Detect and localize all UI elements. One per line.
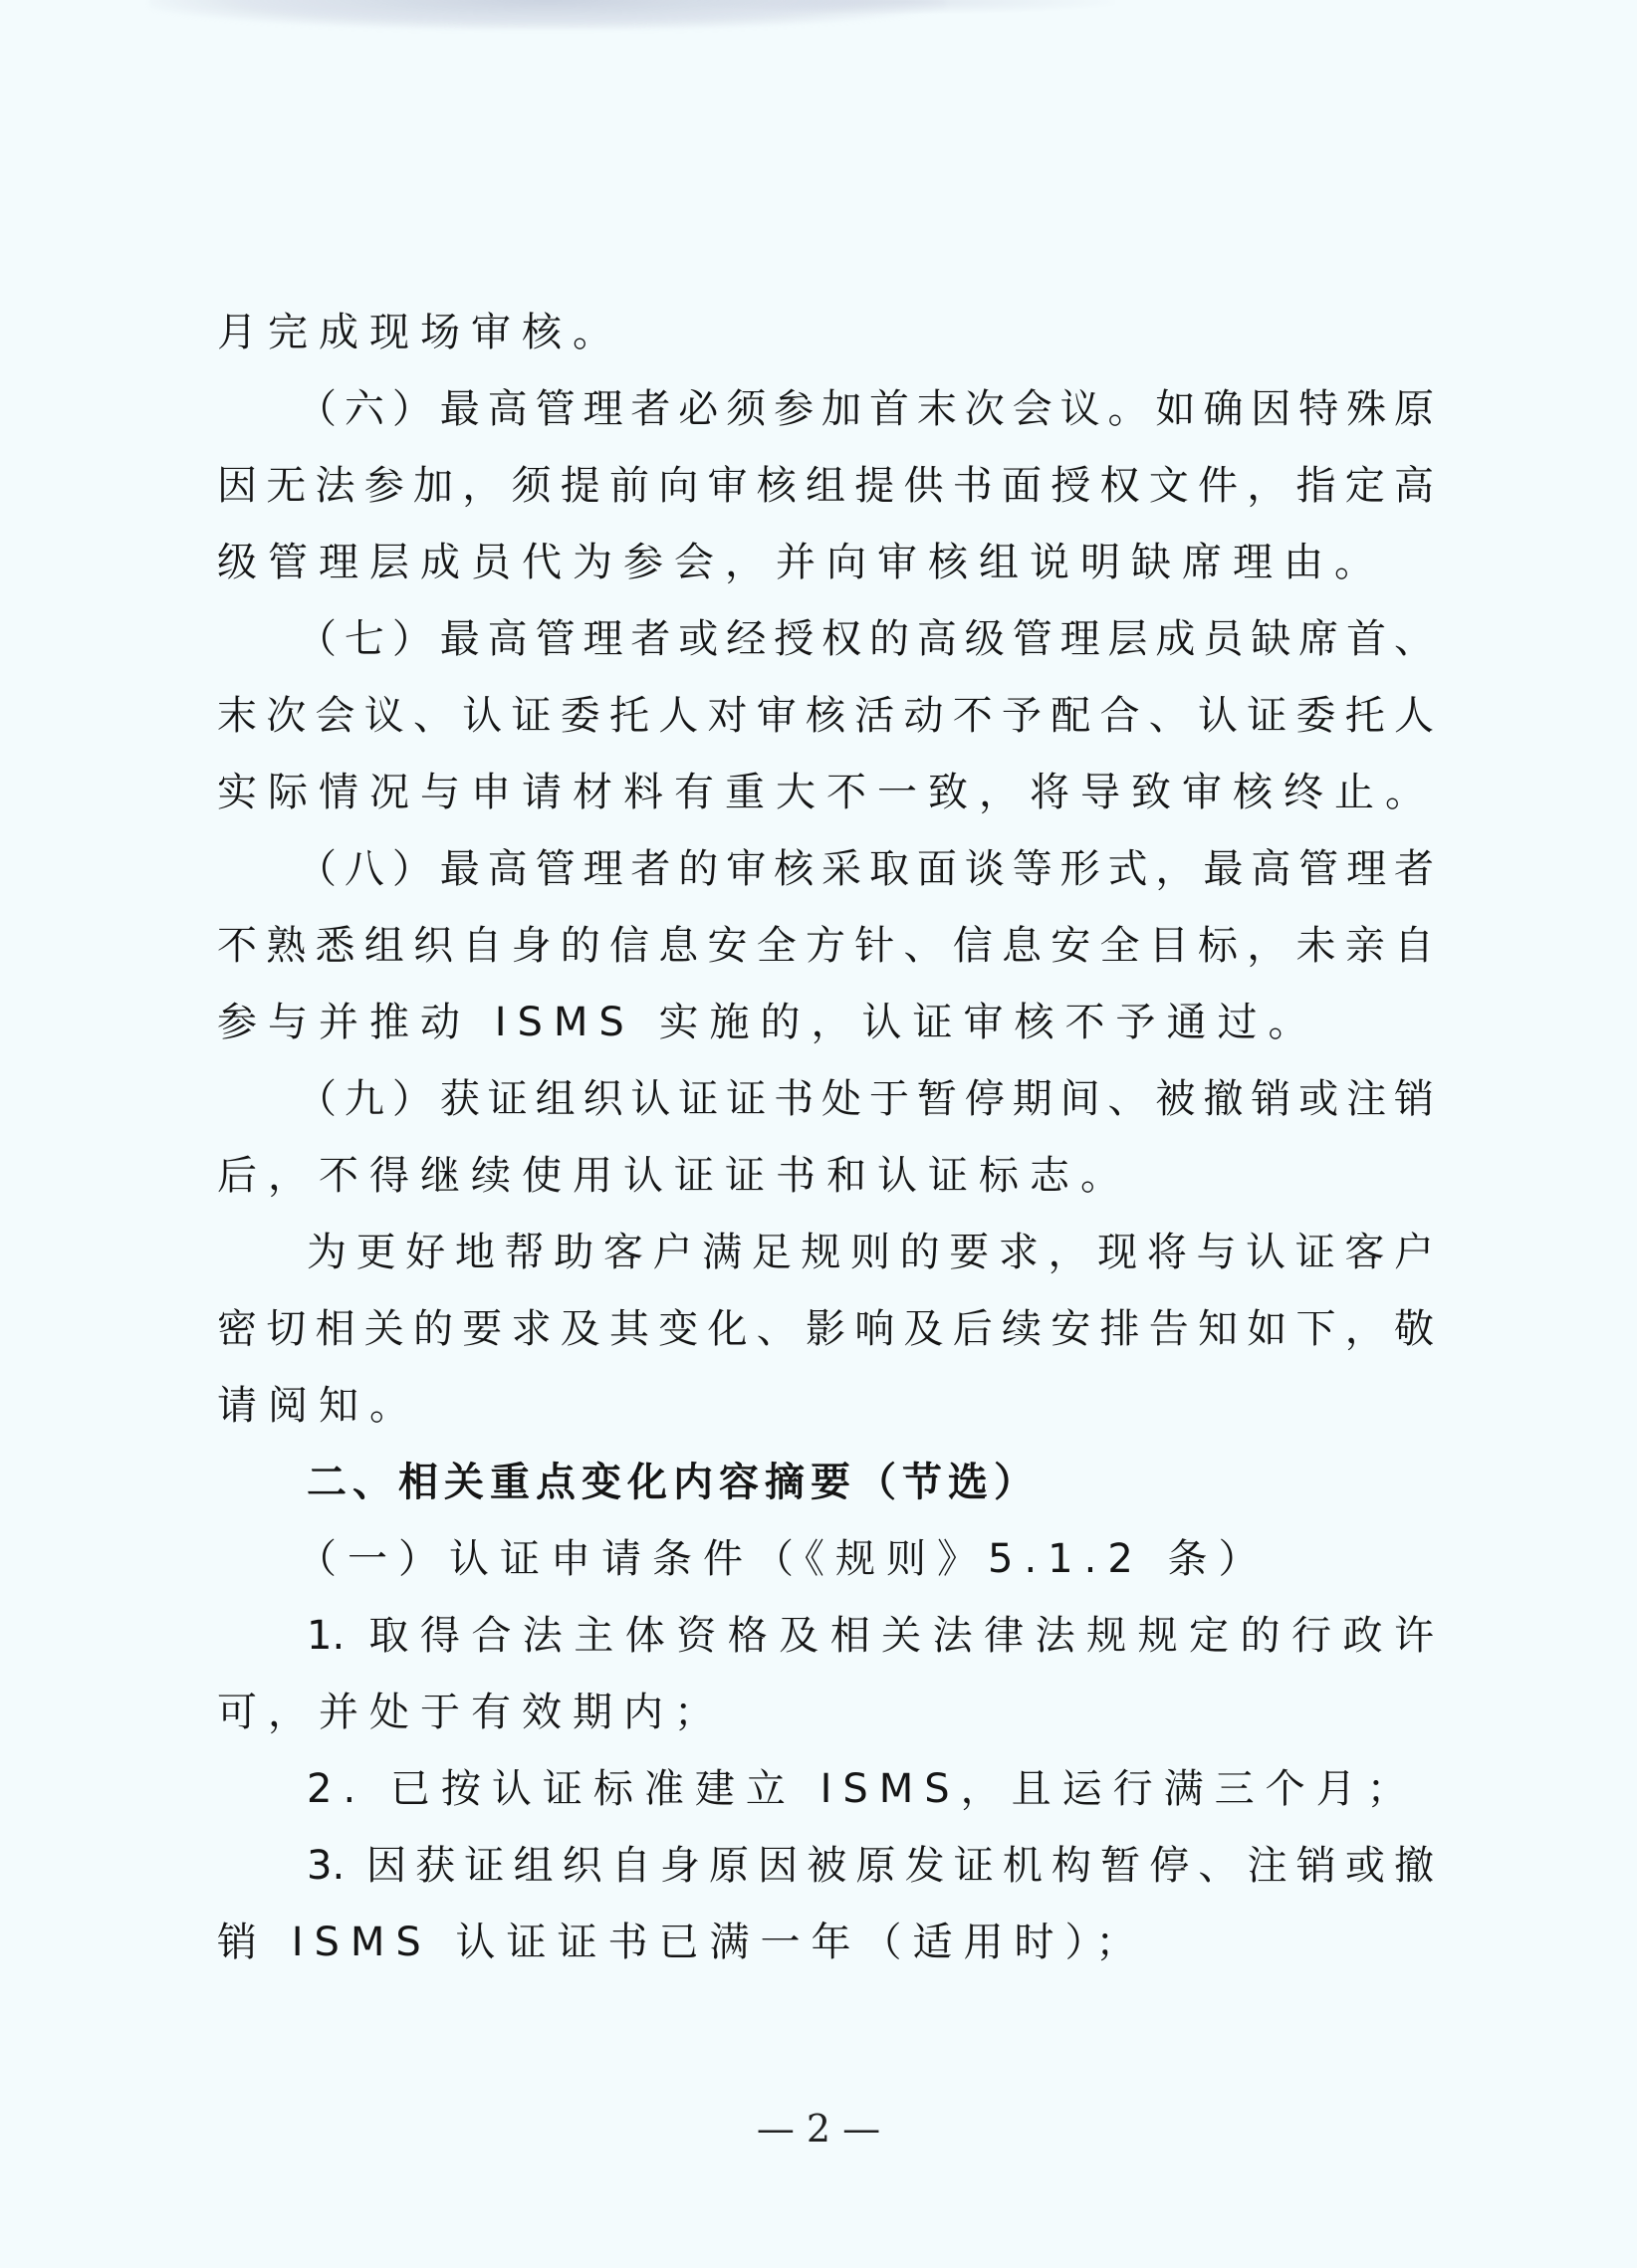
paragraph-intro: 为更好地帮助客户满足规则的要求，现将与认证客户 密切相关的要求及其变化、影响及后… <box>217 1215 1434 1445</box>
section-heading-text: 二、相关重点变化内容摘要（节选） <box>217 1445 1434 1521</box>
text-line: 密切相关的要求及其变化、影响及后续安排告知如下，敬 <box>217 1291 1434 1368</box>
text-line: 销 ISMS 认证证书已满一年（适用时）； <box>217 1905 1434 1981</box>
text-line: 因无法参加，须提前向审核组提供书面授权文件，指定高 <box>217 448 1434 525</box>
text-line-wrap: 级管理层成员代为参会，并向审核组说明缺席理由。 <box>217 525 1434 601</box>
text-line: 末次会议、认证委托人对审核活动不予配合、认证委托人 <box>217 678 1434 755</box>
text-line-wrap: 密切相关的要求及其变化、影响及后续安排告知如下，敬 <box>217 1291 1434 1368</box>
subsection-heading-text: （一）认证申请条件（《规则》5.1.2 条） <box>217 1521 1434 1598</box>
text-line-wrap: （七）最高管理者或经授权的高级管理层成员缺席首、 <box>217 601 1434 678</box>
text-line-wrap: 3. 因获证组织自身原因被原发证机构暂停、注销或撤 <box>217 1828 1434 1905</box>
text-line: 月完成现场审核。 <box>217 295 1434 371</box>
text-line-wrap: （九）获证组织认证证书处于暂停期间、被撤销或注销 <box>217 1061 1434 1138</box>
text-line-wrap: 因无法参加，须提前向审核组提供书面授权文件，指定高 <box>217 448 1434 525</box>
text-line-wrap: 2. 已按认证标准建立 ISMS，且运行满三个月； <box>217 1751 1434 1828</box>
text-line: 后，不得继续使用认证证书和认证标志。 <box>217 1138 1434 1215</box>
text-line: 级管理层成员代为参会，并向审核组说明缺席理由。 <box>217 525 1434 601</box>
text-line-wrap: （八）最高管理者的审核采取面谈等形式，最高管理者 <box>217 831 1434 908</box>
text-line: 2. 已按认证标准建立 ISMS，且运行满三个月； <box>217 1751 1434 1828</box>
text-line-wrap: （六）最高管理者必须参加首末次会议。如确因特殊原 <box>217 371 1434 448</box>
text-line: 可，并处于有效期内； <box>217 1675 1434 1751</box>
subsection-heading: （一）认证申请条件（《规则》5.1.2 条） <box>217 1521 1434 1598</box>
text-line: 为更好地帮助客户满足规则的要求，现将与认证客户 <box>217 1215 1434 1291</box>
text-line: （九）获证组织认证证书处于暂停期间、被撤销或注销 <box>217 1061 1434 1138</box>
paragraph-item-9: （九）获证组织认证证书处于暂停期间、被撤销或注销 后，不得继续使用认证证书和认证… <box>217 1061 1434 1215</box>
list-item-3: 3. 因获证组织自身原因被原发证机构暂停、注销或撤 销 ISMS 认证证书已满一… <box>217 1828 1434 1981</box>
text-line-wrap: 为更好地帮助客户满足规则的要求，现将与认证客户 <box>217 1215 1434 1291</box>
text-line: 3. 因获证组织自身原因被原发证机构暂停、注销或撤 <box>217 1828 1434 1905</box>
page-number: — 2 — <box>0 2107 1637 2151</box>
text-line-wrap: 可，并处于有效期内； <box>217 1675 1434 1751</box>
list-item-1: 1. 取得合法主体资格及相关法律法规规定的行政许 可，并处于有效期内； <box>217 1598 1434 1751</box>
text-line: 参与并推动 ISMS 实施的，认证审核不予通过。 <box>217 985 1434 1061</box>
text-line-wrap: 末次会议、认证委托人对审核活动不予配合、认证委托人 <box>217 678 1434 755</box>
text-line: 不熟悉组织自身的信息安全方针、信息安全目标，未亲自 <box>217 908 1434 985</box>
paragraph-item-8: （八）最高管理者的审核采取面谈等形式，最高管理者 不熟悉组织自身的信息安全方针、… <box>217 831 1434 1061</box>
text-line: （七）最高管理者或经授权的高级管理层成员缺席首、 <box>217 601 1434 678</box>
paragraph-item-6: （六）最高管理者必须参加首末次会议。如确因特殊原 因无法参加，须提前向审核组提供… <box>217 371 1434 601</box>
text-line-wrap: 实际情况与申请材料有重大不一致，将导致审核终止。 <box>217 755 1434 831</box>
section-heading: 二、相关重点变化内容摘要（节选） <box>217 1445 1434 1521</box>
document-body: 月完成现场审核。 （六）最高管理者必须参加首末次会议。如确因特殊原 因无法参加，… <box>217 295 1434 1981</box>
text-line: 请阅知。 <box>217 1368 1434 1445</box>
text-line-wrap: 请阅知。 <box>217 1368 1434 1445</box>
text-line-wrap: 1. 取得合法主体资格及相关法律法规规定的行政许 <box>217 1598 1434 1675</box>
text-line: （八）最高管理者的审核采取面谈等形式，最高管理者 <box>217 831 1434 908</box>
text-line: 实际情况与申请材料有重大不一致，将导致审核终止。 <box>217 755 1434 831</box>
text-line: 1. 取得合法主体资格及相关法律法规规定的行政许 <box>217 1598 1434 1675</box>
paragraph-continuation: 月完成现场审核。 <box>217 295 1434 371</box>
text-line: （六）最高管理者必须参加首末次会议。如确因特殊原 <box>217 371 1434 448</box>
text-line-wrap: 参与并推动 ISMS 实施的，认证审核不予通过。 <box>217 985 1434 1061</box>
list-item-2: 2. 已按认证标准建立 ISMS，且运行满三个月； <box>217 1751 1434 1828</box>
scan-artifact <box>697 0 1115 14</box>
paragraph-item-7: （七）最高管理者或经授权的高级管理层成员缺席首、 末次会议、认证委托人对审核活动… <box>217 601 1434 831</box>
text-line-wrap: 不熟悉组织自身的信息安全方针、信息安全目标，未亲自 <box>217 908 1434 985</box>
text-line-wrap: 销 ISMS 认证证书已满一年（适用时）； <box>217 1905 1434 1981</box>
text-line-wrap: 后，不得继续使用认证证书和认证标志。 <box>217 1138 1434 1215</box>
